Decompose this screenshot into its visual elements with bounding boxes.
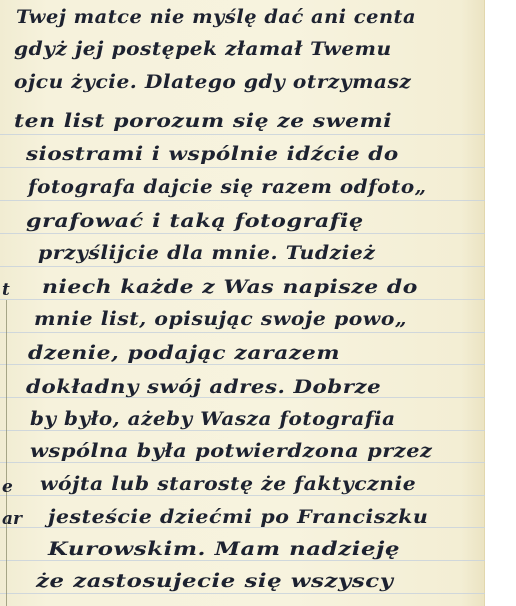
letter-line: dzenie, podając zarazem bbox=[28, 342, 340, 364]
letter-line: niech każde z Was napisze do bbox=[42, 276, 418, 298]
letter-line: mnie list, opisując swoje powo„ bbox=[34, 308, 407, 330]
letter-line: Twej matce nie myślę dać ani centa bbox=[16, 6, 416, 28]
letter-line: jesteście dziećmi po Franciszku bbox=[48, 506, 428, 528]
paper-fold-line bbox=[6, 300, 7, 606]
ruled-line bbox=[0, 299, 485, 300]
ruled-line bbox=[0, 593, 485, 594]
letter-line: siostrami i wspólnie idźcie do bbox=[26, 143, 399, 165]
letter-line: ten list porozum się ze swemi bbox=[14, 110, 392, 132]
margin-fragment: e bbox=[2, 477, 13, 497]
letter-line: wspólna była potwierdzona przez bbox=[30, 440, 432, 462]
letter-paper: t e ar Twej matce nie myślę dać ani cent… bbox=[0, 0, 485, 606]
ruled-line bbox=[0, 560, 485, 561]
letter-line: wójta lub starostę że faktycznie bbox=[40, 473, 416, 495]
ruled-line bbox=[0, 266, 485, 267]
ruled-line bbox=[0, 462, 485, 463]
ruled-line bbox=[0, 134, 485, 135]
background-margin bbox=[485, 0, 516, 606]
ruled-line bbox=[0, 430, 485, 431]
letter-line: by było, ażeby Wasza fotografia bbox=[30, 408, 396, 430]
letter-line: przyślijcie dla mnie. Tudzież bbox=[38, 242, 375, 264]
letter-line: gdyż jej postępek złamał Twemu bbox=[14, 38, 392, 60]
ruled-line bbox=[0, 167, 485, 168]
ruled-line bbox=[0, 233, 485, 234]
letter-line: że zastosujecie się wszyscy bbox=[36, 570, 394, 592]
letter-line: grafować i taką fotografię bbox=[26, 210, 364, 232]
margin-fragment: t bbox=[2, 280, 10, 300]
ruled-line bbox=[0, 200, 485, 201]
ruled-line bbox=[0, 332, 485, 333]
margin-fragment: ar bbox=[2, 509, 22, 529]
letter-line: Kurowskim. Mam nadzieję bbox=[48, 538, 400, 560]
letter-line: dokładny swój adres. Dobrze bbox=[26, 376, 381, 398]
letter-line: ojcu życie. Dlatego gdy otrzymasz bbox=[14, 71, 411, 93]
ruled-line bbox=[0, 364, 485, 365]
letter-line: fotografa dajcie się razem odfoto„ bbox=[28, 176, 427, 198]
ruled-line bbox=[0, 495, 485, 496]
